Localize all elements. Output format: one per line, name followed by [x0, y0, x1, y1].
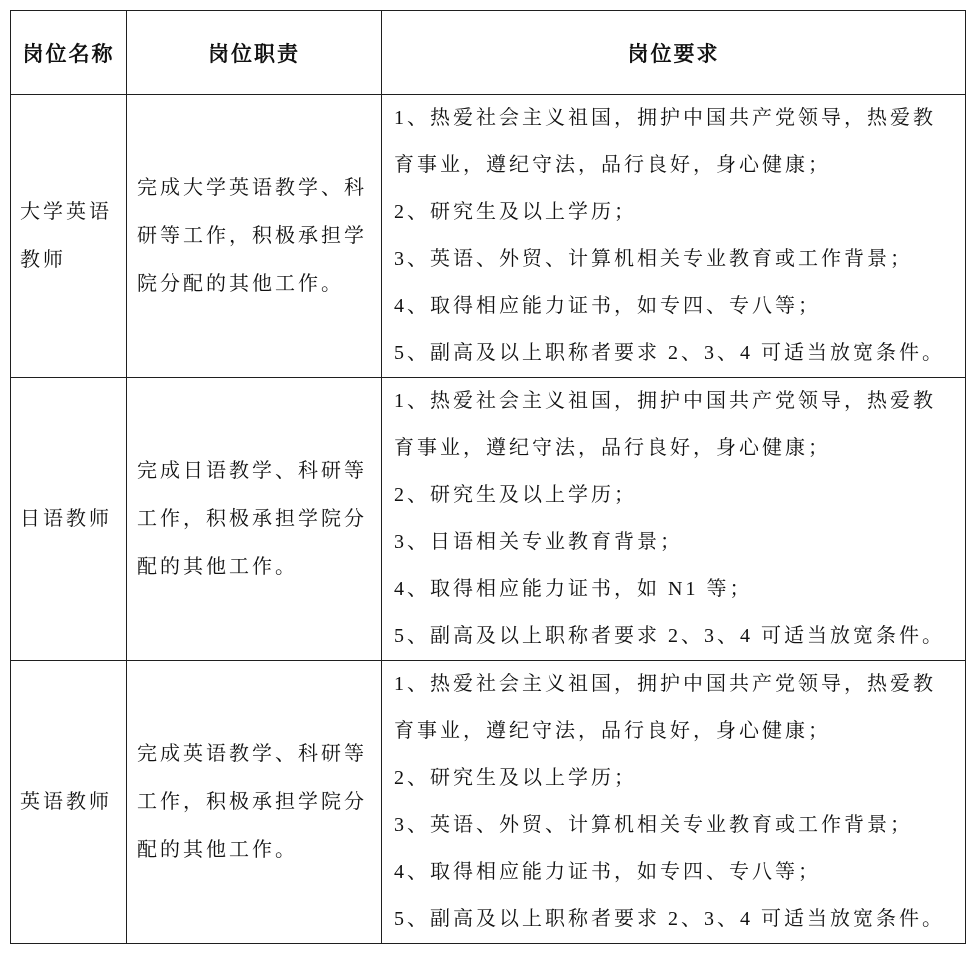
- requirement-item: 4、取得相应能力证书，如 N1 等；: [394, 566, 957, 613]
- position-requirements: 1、热爱社会主义祖国，拥护中国共产党领导，热爱教育事业，遵纪守法，品行良好，身心…: [382, 95, 966, 378]
- position-name: 英语教师: [11, 661, 127, 944]
- document-page: 岗位名称 岗位职责 岗位要求 大学英语教师 完成大学英语教学、科研等工作，积极承…: [0, 0, 975, 953]
- position-name: 大学英语教师: [11, 95, 127, 378]
- requirement-item: 1、热爱社会主义祖国，拥护中国共产党领导，热爱教育事业，遵纪守法，品行良好，身心…: [394, 378, 957, 472]
- requirement-item: 1、热爱社会主义祖国，拥护中国共产党领导，热爱教育事业，遵纪守法，品行良好，身心…: [394, 661, 957, 755]
- position-duty: 完成英语教学、科研等工作，积极承担学院分配的其他工作。: [127, 661, 382, 944]
- table-row: 日语教师 完成日语教学、科研等工作，积极承担学院分配的其他工作。 1、热爱社会主…: [11, 378, 966, 661]
- position-requirements: 1、热爱社会主义祖国，拥护中国共产党领导，热爱教育事业，遵纪守法，品行良好，身心…: [382, 661, 966, 944]
- requirement-item: 1、热爱社会主义祖国，拥护中国共产党领导，热爱教育事业，遵纪守法，品行良好，身心…: [394, 95, 957, 189]
- table-row: 英语教师 完成英语教学、科研等工作，积极承担学院分配的其他工作。 1、热爱社会主…: [11, 661, 966, 944]
- requirement-item: 3、英语、外贸、计算机相关专业教育或工作背景；: [394, 236, 957, 283]
- requirement-item: 5、副高及以上职称者要求 2、3、4 可适当放宽条件。: [394, 613, 957, 660]
- table-header-row: 岗位名称 岗位职责 岗位要求: [11, 11, 966, 95]
- position-requirements: 1、热爱社会主义祖国，拥护中国共产党领导，热爱教育事业，遵纪守法，品行良好，身心…: [382, 378, 966, 661]
- job-positions-table: 岗位名称 岗位职责 岗位要求 大学英语教师 完成大学英语教学、科研等工作，积极承…: [10, 10, 966, 944]
- requirement-item: 4、取得相应能力证书，如专四、专八等；: [394, 283, 957, 330]
- requirement-item: 5、副高及以上职称者要求 2、3、4 可适当放宽条件。: [394, 330, 957, 377]
- requirement-item: 2、研究生及以上学历；: [394, 755, 957, 802]
- header-cell-position-name: 岗位名称: [11, 11, 127, 95]
- header-cell-position-requirements: 岗位要求: [382, 11, 966, 95]
- position-name: 日语教师: [11, 378, 127, 661]
- requirement-item: 2、研究生及以上学历；: [394, 472, 957, 519]
- requirement-item: 5、副高及以上职称者要求 2、3、4 可适当放宽条件。: [394, 896, 957, 943]
- position-duty: 完成大学英语教学、科研等工作，积极承担学院分配的其他工作。: [127, 95, 382, 378]
- requirement-item: 4、取得相应能力证书，如专四、专八等；: [394, 849, 957, 896]
- requirement-item: 3、英语、外贸、计算机相关专业教育或工作背景；: [394, 802, 957, 849]
- header-cell-position-duty: 岗位职责: [127, 11, 382, 95]
- requirement-item: 2、研究生及以上学历；: [394, 189, 957, 236]
- requirement-item: 3、日语相关专业教育背景；: [394, 519, 957, 566]
- position-duty: 完成日语教学、科研等工作，积极承担学院分配的其他工作。: [127, 378, 382, 661]
- table-row: 大学英语教师 完成大学英语教学、科研等工作，积极承担学院分配的其他工作。 1、热…: [11, 95, 966, 378]
